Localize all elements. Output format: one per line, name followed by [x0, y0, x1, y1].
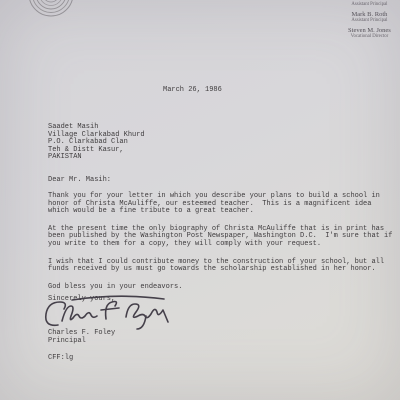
staff-entry: Mark B. Roth Assistant Principal: [346, 11, 393, 23]
staff-title: Assistant Principal: [346, 18, 393, 23]
signer-title: Principal: [48, 338, 86, 346]
body-paragraph: At the present time the only biography o…: [48, 226, 393, 249]
staff-name: Steven M. Jones: [346, 27, 393, 34]
recipient-country: PAKISTAN: [48, 154, 145, 162]
date-line: March 26, 1986: [163, 87, 222, 95]
body-paragraph: God bless you in your endeavors.: [48, 284, 393, 292]
recipient-address: Saadet Masih Village Clarkabad Khurd P.O…: [48, 124, 145, 162]
letterhead-staff: Michael J. Garrett Assistant Principal M…: [346, 0, 393, 44]
letter-page: Michael J. Garrett Assistant Principal M…: [0, 0, 400, 400]
body-paragraph: Thank you for your letter in which you d…: [48, 193, 393, 216]
letter-body: Thank you for your letter in which you d…: [48, 193, 393, 301]
embossed-seal-icon: [27, 0, 75, 18]
staff-title: Vocational Director: [346, 34, 393, 39]
staff-entry: Michael J. Garrett Assistant Principal: [346, 0, 393, 7]
staff-title: Assistant Principal: [346, 2, 393, 7]
staff-name: Mark B. Roth: [346, 11, 393, 18]
body-paragraph: I wish that I could contribute money to …: [48, 259, 393, 274]
salutation: Dear Mr. Masih:: [48, 177, 111, 185]
reference-initials: CFF:lg: [48, 355, 73, 363]
staff-entry: Steven M. Jones Vocational Director: [346, 27, 393, 39]
